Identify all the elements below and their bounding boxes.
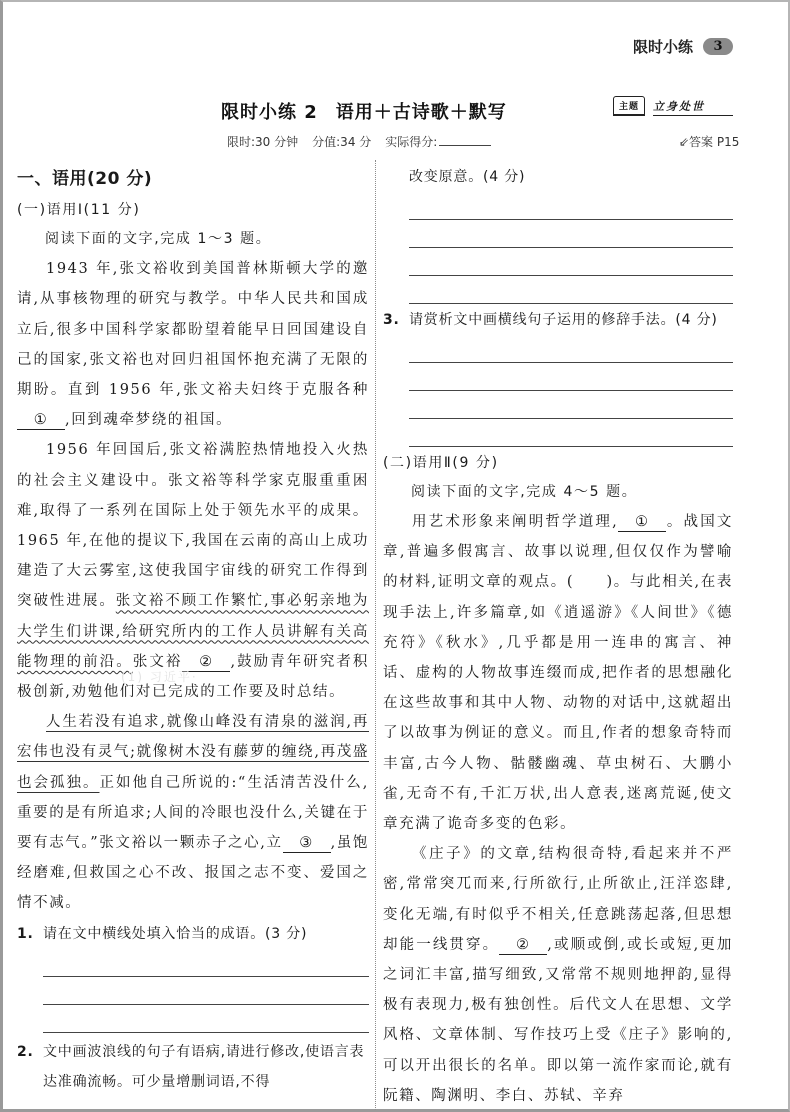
question-2-continued: 改变原意。(4 分) [383, 162, 733, 192]
worksheet-page: 限时小练 3 限时小练 2语用＋古诗歌＋默写 主题 立身处世 限时:30 分钟 … [0, 0, 790, 1112]
running-header-label: 限时小练 [633, 36, 693, 57]
title-part1: 限时小练 2 [221, 102, 318, 123]
passage-paragraph-1: 1943 年,张文裕收到美国普林斯顿大学的邀请,从事核物理的研究与教学。中华人民… [17, 254, 369, 435]
theme-text: 立身处世 [653, 98, 733, 116]
subsection-title-2: (二)语用Ⅱ(9 分) [383, 449, 733, 477]
instruction-1: 阅读下面的文字,完成 1～3 题。 [17, 224, 369, 254]
page-title: 限时小练 2语用＋古诗歌＋默写 [221, 98, 507, 124]
text: 1956 年回国后,张文裕满腔热情地投入火热的社会主义建设中。张文裕等科学家克服… [17, 442, 369, 609]
actual-score-field[interactable] [439, 134, 491, 146]
answer-line[interactable] [409, 220, 733, 248]
question-text: 请赏析文中画横线句子运用的修辞手法。(4 分) [409, 312, 718, 328]
fill-blank-1[interactable]: ① [17, 411, 65, 430]
answer-area-2 [383, 192, 733, 304]
answer-line[interactable] [409, 391, 733, 419]
subsection-title-1: (一)语用Ⅰ(11 分) [17, 196, 369, 224]
text: 。战国文章,普遍多假寓言、故事以说理,但仅仅作为譬喻的材料,证明文章的观点。( … [383, 514, 733, 832]
question-number: 2. [17, 1037, 43, 1067]
question-text: 请在文中横线处填入恰当的成语。(3 分) [43, 926, 307, 942]
question-2: 2.文中画波浪线的句子有语病,请进行修改,使语言表达准确流畅。可少量增删词语,不… [17, 1037, 369, 1097]
actual-score: 实际得分: [385, 133, 491, 150]
text: 用艺术形象来阐明哲学道理, [412, 514, 618, 530]
meta-row: 限时:30 分钟 分值:34 分 实际得分: [227, 133, 491, 150]
answer-area-1 [17, 949, 369, 1033]
column-divider [375, 160, 376, 1110]
passage2-paragraph-1: 用艺术形象来阐明哲学道理,①。战国文章,普遍多假寓言、故事以说理,但仅仅作为譬喻… [383, 507, 733, 839]
answer-line[interactable] [409, 276, 733, 304]
bleed-through-watermark: (1) 习近平· [121, 668, 198, 685]
answer-line[interactable] [409, 419, 733, 447]
right-column: 改变原意。(4 分) 3.请赏析文中画横线句子运用的修辞手法。(4 分) (二)… [383, 162, 733, 1111]
question-1: 1.请在文中横线处填入恰当的成语。(3 分) [17, 919, 369, 949]
page-number-badge: 3 [703, 38, 733, 55]
answer-line[interactable] [409, 248, 733, 276]
score-value: 分值:34 分 [312, 133, 371, 150]
title-part2: 语用＋古诗歌＋默写 [336, 102, 507, 123]
answer-line[interactable] [409, 192, 733, 220]
question-number: 1. [17, 919, 43, 949]
passage2-paragraph-2: 《庄子》的文章,结构很奇特,看起来并不严密,常常突兀而来,行所欲行,止所欲止,汪… [383, 839, 733, 1111]
answer-line[interactable] [43, 977, 369, 1005]
time-limit: 限时:30 分钟 [227, 133, 298, 150]
answer-area-3 [383, 335, 733, 447]
answer-reference: ⇙答案 P15 [679, 133, 739, 150]
left-column: 一、语用(20 分) (一)语用Ⅰ(11 分) 阅读下面的文字,完成 1～3 题… [17, 162, 369, 1097]
answer-line[interactable] [43, 949, 369, 977]
answer-line[interactable] [409, 335, 733, 363]
fill-blank-5[interactable]: ② [499, 936, 547, 955]
text: ,或顺或倒,或长或短,更加之词汇丰富,描写细致,又常常不规则地押韵,显得极有表现… [383, 937, 733, 1104]
question-number: 3. [383, 306, 409, 335]
fill-blank-4[interactable]: ① [618, 513, 666, 532]
running-header: 限时小练 3 [633, 36, 733, 57]
answer-line[interactable] [409, 363, 733, 391]
question-3: 3.请赏析文中画横线句子运用的修辞手法。(4 分) [383, 306, 733, 335]
text: ,回到魂牵梦绕的祖国。 [65, 412, 232, 428]
book-icon: 主题 [613, 96, 645, 116]
instruction-2: 阅读下面的文字,完成 4～5 题。 [383, 477, 733, 507]
theme-logo: 主题 立身处世 [613, 96, 733, 116]
passage-paragraph-2: 1956 年回国后,张文裕满腔热情地投入火热的社会主义建设中。张文裕等科学家克服… [17, 435, 369, 707]
fill-blank-3[interactable]: ③ [283, 834, 331, 853]
answer-line[interactable] [43, 1005, 369, 1033]
text: 1943 年,张文裕收到美国普林斯顿大学的邀请,从事核物理的研究与教学。中华人民… [17, 261, 369, 398]
actual-score-label: 实际得分: [385, 135, 437, 149]
passage-paragraph-3: 人生若没有追求,就像山峰没有清泉的滋润,再宏伟也没有灵气;就像树木没有藤萝的缠绕… [17, 707, 369, 918]
question-text: 文中画波浪线的句子有语病,请进行修改,使语言表达准确流畅。可少量增删词语,不得 [43, 1044, 364, 1090]
section-title: 一、语用(20 分) [17, 162, 369, 196]
